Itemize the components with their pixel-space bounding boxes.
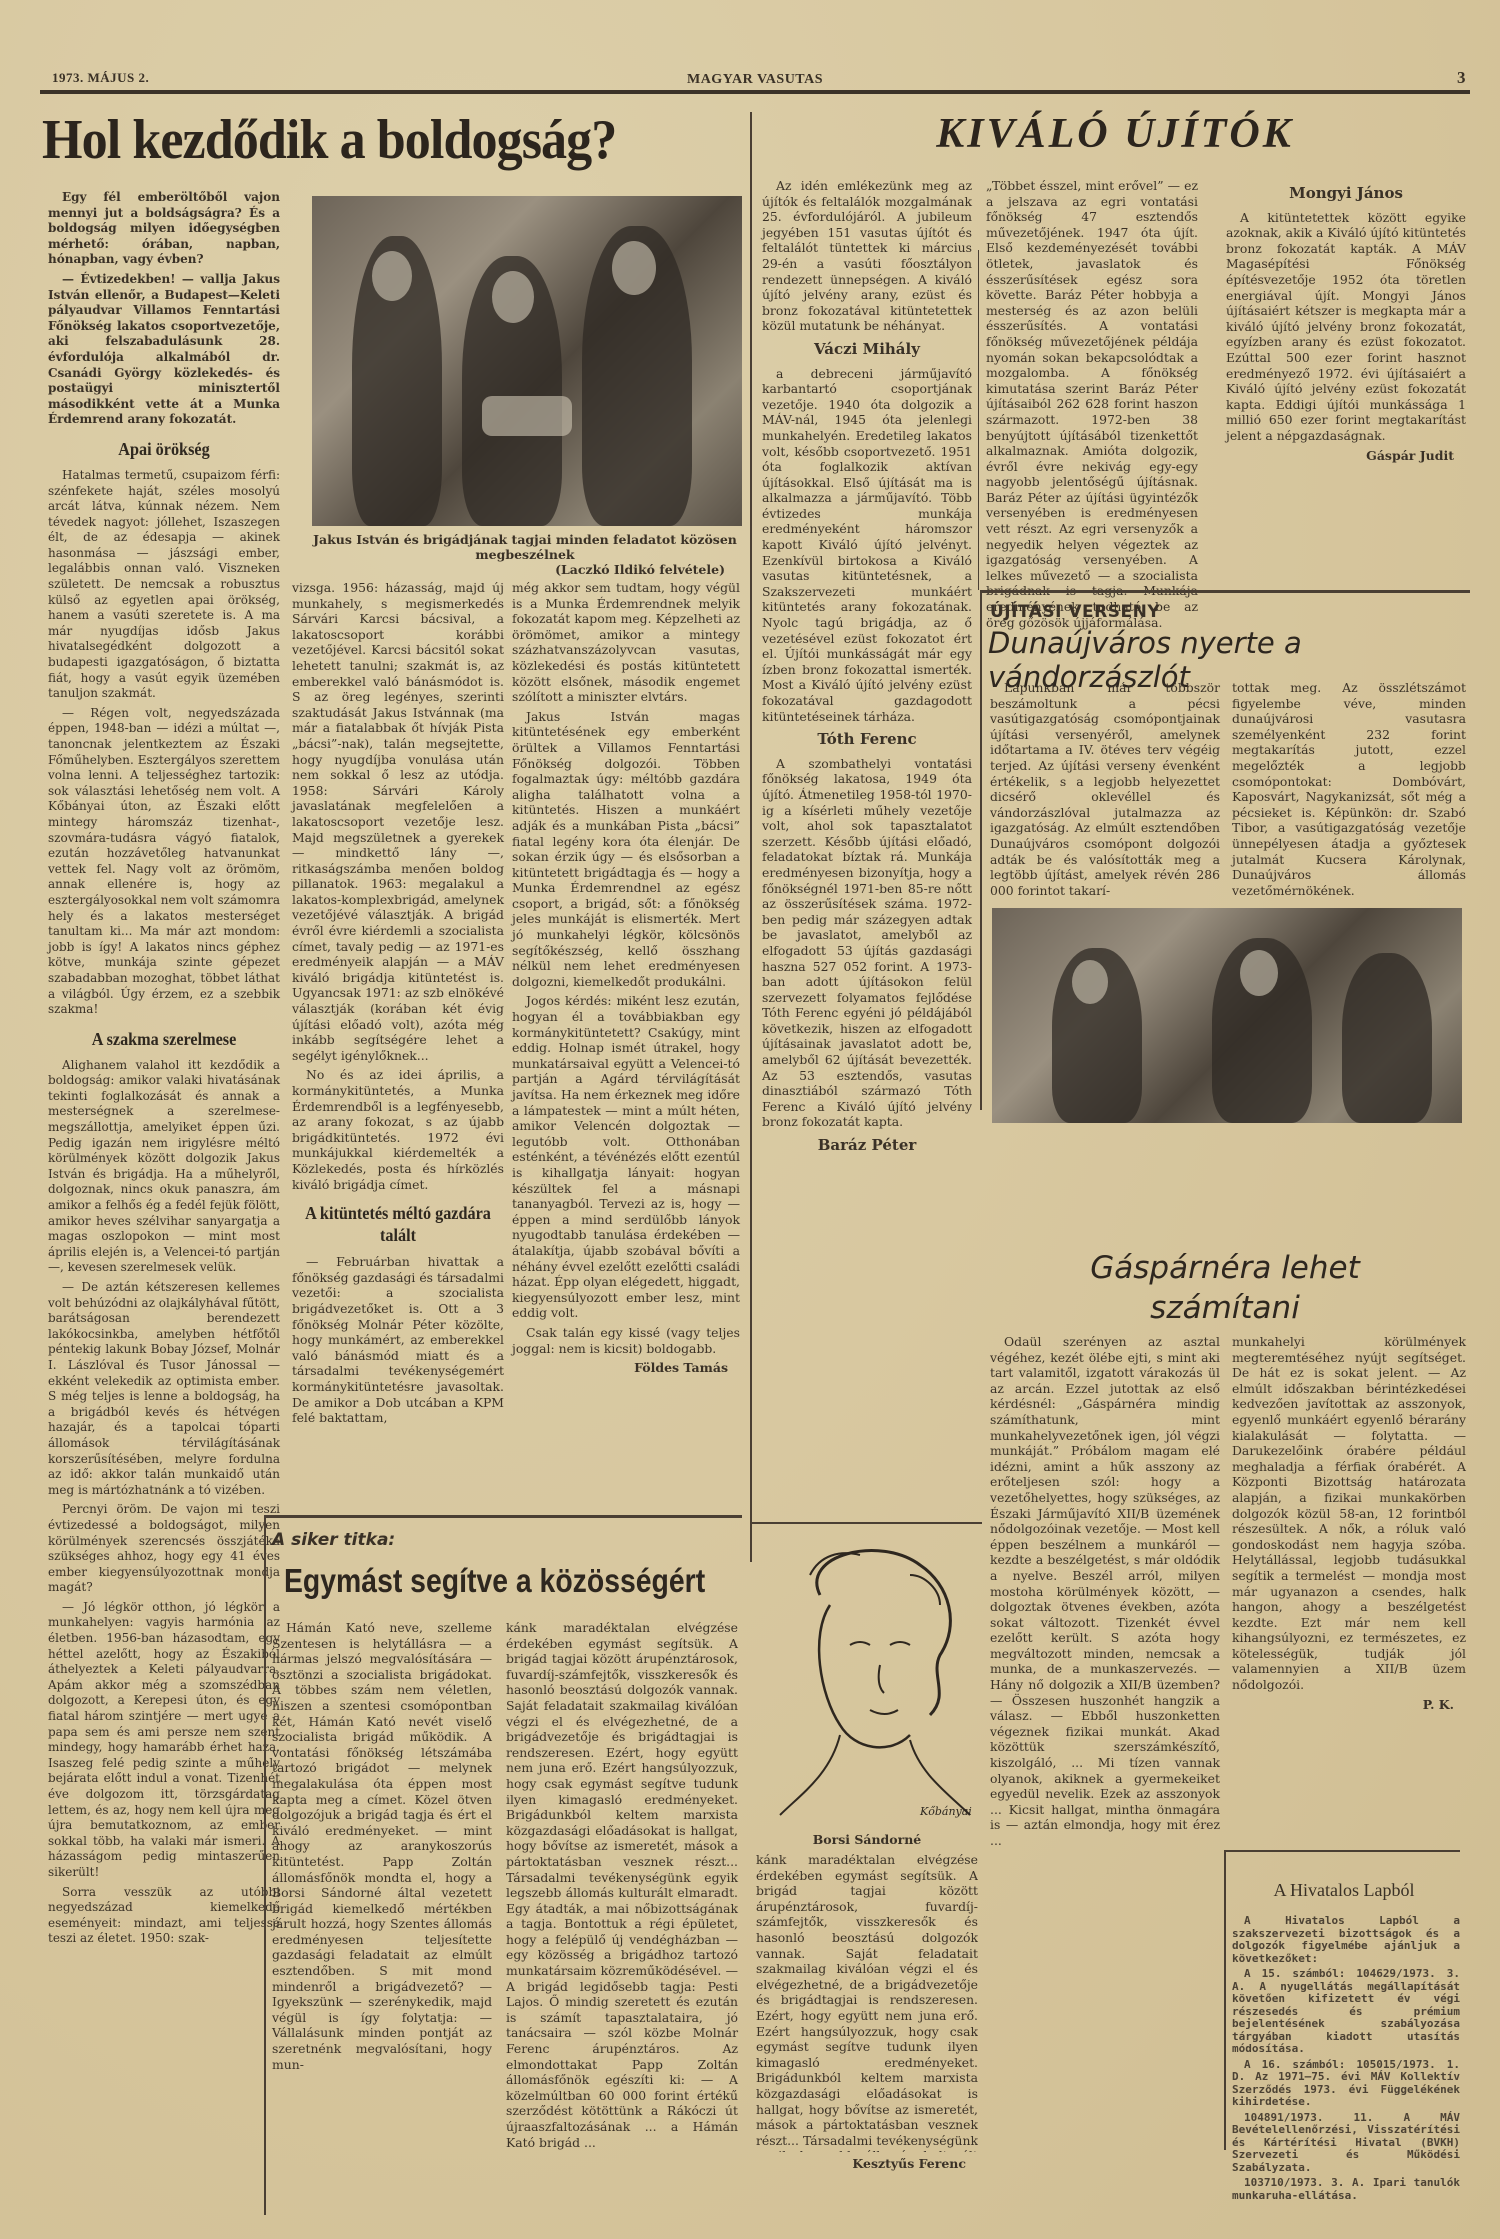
- section-rule: [752, 1522, 982, 1524]
- lead-paragraph-2: — Évtizedekben! — vallja Jakus István el…: [48, 272, 280, 428]
- masthead-rule: [40, 90, 1470, 94]
- siker-column-1: Hámán Kató neve, szelleme Szentesen is h…: [272, 1620, 492, 2076]
- body-paragraph: Jogos kérdés: miként lesz ezután, hogyan…: [512, 993, 740, 1320]
- intro-paragraph: Az idén emlékezünk meg az újítók és felt…: [762, 178, 972, 334]
- body-paragraph: — De aztán kétszeresen kellemes volt beh…: [48, 1280, 280, 1498]
- body-paragraph: Odaül szerényen az asztal végéhez, kezét…: [990, 1334, 1220, 1849]
- byline: P. K.: [1232, 1697, 1466, 1713]
- innovator-name: Tóth Ferenc: [762, 732, 972, 748]
- verseny-column-1: Lapunkban már többször beszámoltunk a pé…: [990, 680, 1220, 902]
- innovator-name: Váczi Mihály: [762, 342, 972, 358]
- body-paragraph: — Februárban hivattak a főnökség gazdasá…: [292, 1254, 504, 1426]
- siker-column-3: kánk maradéktalan elvégzése érdekében eg…: [756, 1852, 978, 2172]
- photo-caption: Jakus István és brigádjának tagjai minde…: [305, 532, 745, 577]
- siker-kicker: A siker titka:: [272, 1530, 395, 1550]
- innovator-text: A kitüntetettek között egyike azoknak, a…: [1226, 210, 1466, 444]
- gasparne-column-2: munkahelyi körülmények megteremtéséhez n…: [1232, 1334, 1466, 1712]
- boldogsag-column-1: Egy fél emberöltőből vajon mennyi jut a …: [48, 190, 280, 1951]
- body-paragraph: Sorra vesszük az utóbbi negyedszázad kie…: [48, 1885, 280, 1947]
- box-border: [264, 1515, 266, 2215]
- subhead-kituntetes: A kitüntetés méltó gazdára talált: [303, 1202, 494, 1246]
- body-paragraph: kánk maradéktalan elvégzése érdekében eg…: [506, 1620, 738, 2150]
- section-rule: [1224, 1850, 1460, 1852]
- sketch-signature: Kőbányai: [919, 1805, 972, 1818]
- siker-column-2: kánk maradéktalan elvégzése érdekében eg…: [506, 1620, 738, 2154]
- gasparne-column-1: Odaül szerényen az asztal végéhez, kezét…: [990, 1334, 1220, 1853]
- paper-name: MAGYAR VASUTAS: [40, 72, 1470, 88]
- body-paragraph: Hámán Kató neve, szelleme Szentesen is h…: [272, 1620, 492, 2072]
- box-border: [980, 590, 982, 1110]
- body-paragraph: Lapunkban már többször beszámoltunk a pé…: [990, 680, 1220, 898]
- body-paragraph: Alighanem valahol itt kezdődik a boldogs…: [48, 1058, 280, 1276]
- siker-headline: Egymást segítve a közösségért: [284, 1562, 705, 1600]
- boldogsag-column-2: vizsga. 1956: házasság, majd új munkahel…: [292, 580, 504, 1430]
- hivatalos-item: 104891/1973. 11. A MÁV Bevételellenőrzés…: [1232, 2112, 1460, 2175]
- verseny-kicker: ÚJÍTÁSI VERSENY: [990, 602, 1160, 622]
- body-paragraph: kánk maradéktalan elvégzése érdekében eg…: [756, 1852, 978, 2152]
- hivatalos-text: A Hivatalos Lapból a szakszervezeti bizo…: [1232, 1915, 1460, 2205]
- boldogsag-column-3: még akkor sem tudtam, hogy végül is a Mu…: [512, 580, 740, 1376]
- masthead: 1973. MÁJUS 2. MAGYAR VASUTAS 3: [40, 68, 1470, 90]
- caption-text: Jakus István és brigádjának tagjai minde…: [305, 532, 745, 562]
- subhead-szakma-szerelmese: A szakma szerelmese: [60, 1028, 269, 1050]
- body-paragraph: még akkor sem tudtam, hogy végül is a Mu…: [512, 580, 740, 705]
- lead-paragraph: Egy fél emberöltőből vajon mennyi jut a …: [48, 190, 280, 268]
- kivalo-column-3: Mongyi János A kitüntetettek között egyi…: [1226, 178, 1466, 463]
- body-paragraph: No és az idei április, a kormánykitüntet…: [292, 1067, 504, 1192]
- body-paragraph: — Régen volt, negyedszázada éppen, 1948-…: [48, 706, 280, 1018]
- innovator-text: A szombathelyi vontatási főnökség lakato…: [762, 756, 972, 1130]
- column-divider: [978, 250, 979, 590]
- award-ceremony-photo: [992, 908, 1462, 1123]
- hivatalos-item: 103710/1973. 3. A. Ipari tanulók munkaru…: [1232, 2177, 1460, 2202]
- body-paragraph: — Jó légkör otthon, jó légkör a munkahel…: [48, 1600, 280, 1881]
- gasparne-headline: Gáspárnéra lehet számítani: [1060, 1248, 1390, 1328]
- innovator-name: Baráz Péter: [762, 1138, 972, 1154]
- kivalo-column-1: Az idén emlékezünk meg az újítók és felt…: [762, 178, 972, 1162]
- innovator-text: a debreceni járműjavító karbantartó csop…: [762, 366, 972, 725]
- photo-credit: (Laczkó Ildikó felvétele): [305, 562, 745, 577]
- byline: Gáspár Judit: [1226, 448, 1466, 464]
- sketch-caption: Borsi Sándorné: [752, 1832, 982, 1847]
- body-paragraph: munkahelyi körülmények megteremtéséhez n…: [1232, 1334, 1466, 1693]
- body-paragraph: tottak meg. Az összlétszámot figyelembe …: [1232, 680, 1466, 898]
- hivatalos-item: A 16. számból: 105015/1973. 1. D. Az 197…: [1232, 2059, 1460, 2109]
- body-paragraph: Jakus István magas kitüntetésének egy em…: [512, 709, 740, 990]
- innovator-text: „Többet ésszel, mint erővel” — ez a jels…: [986, 178, 1198, 630]
- section-rule: [264, 1515, 742, 1518]
- body-paragraph: Hatalmas termetű, csupaizom férfi: szénf…: [48, 468, 280, 702]
- body-paragraph: Percnyi öröm. De vajon mi teszi évtizede…: [48, 1502, 280, 1596]
- subhead-apai-orokseg: Apai örökség: [60, 438, 269, 460]
- column-divider: [750, 112, 752, 1562]
- section-rule: [980, 590, 1470, 593]
- headline-kivalo-ujitok: KIVÁLÓ ÚJÍTÓK: [760, 110, 1470, 158]
- body-paragraph: Csak talán egy kissé (vagy teljes joggal…: [512, 1325, 740, 1356]
- byline: Kesztyűs Ferenc: [756, 2156, 978, 2172]
- hivatalos-headline: A Hivatalos Lapból: [1226, 1880, 1462, 1901]
- innovator-name: Mongyi János: [1226, 186, 1466, 202]
- verseny-column-2: tottak meg. Az összlétszámot figyelembe …: [1232, 680, 1466, 902]
- kivalo-column-2: „Többet ésszel, mint erővel” — ez a jels…: [986, 178, 1198, 634]
- newspaper-page: 1973. MÁJUS 2. MAGYAR VASUTAS 3 Hol kezd…: [0, 0, 1500, 2239]
- byline: Földes Tamás: [512, 1360, 740, 1376]
- brigade-photo: [312, 196, 742, 526]
- body-paragraph: vizsga. 1956: házasság, majd új munkahel…: [292, 580, 504, 1063]
- hivatalos-intro: A Hivatalos Lapból a szakszervezeti bizo…: [1232, 1915, 1460, 1965]
- portrait-sketch-icon: Kőbányai: [760, 1535, 980, 1825]
- hivatalos-item: A 15. számból: 104629/1973. 3. A. A nyug…: [1232, 1968, 1460, 2056]
- headline-boldogsag: Hol kezdődik a boldogság?: [42, 108, 693, 172]
- page-number: 3: [1457, 68, 1466, 88]
